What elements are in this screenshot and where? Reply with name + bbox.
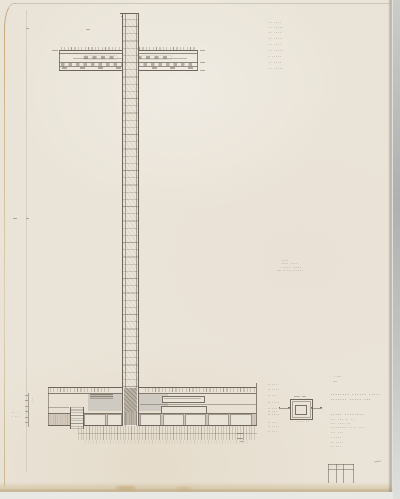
- revision-table-vline: [353, 464, 354, 483]
- level-label: – ···: [268, 394, 277, 397]
- revision-table-headerline: [328, 469, 354, 470]
- roof-end-cap-left: [59, 50, 60, 70]
- plan-dim-arrow: [311, 407, 312, 408]
- revision-table-vline: [343, 464, 344, 483]
- revision-table-header: ·: [330, 465, 332, 468]
- plan-caption: ···· ··: [296, 420, 309, 423]
- level-label: – ····: [268, 388, 279, 391]
- register-mark: [13, 218, 17, 219]
- register-mark: [26, 28, 29, 29]
- scale-bar-line: [28, 393, 29, 428]
- roof-leader-right-3: [200, 70, 205, 71]
- roof-end-cap-right: [197, 50, 198, 70]
- scanner-strip-right: [393, 0, 400, 499]
- plan-top-mark: [294, 396, 300, 397]
- left-curl-edge: [4, 34, 5, 486]
- level-label: – ···: [268, 430, 277, 433]
- roof-leader-left: [52, 50, 58, 51]
- plan-flue-rect: [295, 405, 307, 415]
- scale-tick: [25, 417, 28, 418]
- revision-table-header: ··: [337, 465, 341, 468]
- plan-dim-arrow: [320, 407, 321, 408]
- elevation-annotation: ·· ····: [268, 31, 281, 34]
- elevation-annotation: ·· ····: [268, 21, 281, 24]
- foundation-stub-line: [48, 407, 69, 408]
- pencil-mark: [373, 461, 380, 463]
- titleblock-info-line: · ····: [330, 436, 341, 439]
- chimney-brick-courses: [123, 19, 138, 389]
- sheet-top-edge: [14, 3, 390, 4]
- drawing-ref: ––: [333, 380, 337, 383]
- titleblock-info-line: ··· ···: [330, 431, 343, 434]
- scale-tick: [25, 406, 28, 407]
- titleblock-info-line: ········· ···· ····: [330, 426, 365, 429]
- leader-dash: [240, 441, 244, 442]
- floor-end-line-left: [48, 387, 49, 425]
- level-label: – ···: [268, 383, 277, 386]
- roof-purlin-blocks-left: [84, 56, 117, 60]
- level-label: – ····: [268, 425, 279, 428]
- elevation-annotation: ·· ·····: [268, 67, 283, 70]
- floor-end-line-right: [256, 383, 257, 425]
- sheet-bottom-edge: [0, 482, 400, 492]
- titleblock-info-line: ·· ···: [330, 445, 341, 448]
- leader-dash: [237, 438, 243, 439]
- chimney-footing-fill: [124, 412, 137, 425]
- left-margin-note: · ··: [11, 415, 18, 418]
- ground-hatch-ragged: [85, 440, 250, 444]
- chimney-shaft: [122, 14, 139, 426]
- register-mark: [26, 218, 29, 219]
- leader-dash: [237, 433, 243, 434]
- elevation-annotation: ·· ·····: [268, 37, 283, 40]
- plan-dim-arrow: [288, 407, 289, 408]
- elevation-annotation: ·· ·····: [268, 26, 283, 29]
- hearth-beam-hatch: [90, 394, 113, 400]
- scale-tick: [25, 411, 28, 412]
- drawing-ref: · ––: [333, 375, 340, 378]
- register-mark: [86, 29, 90, 30]
- elevation-annotation: ·· ····: [268, 61, 281, 64]
- roof-leader-right-1: [200, 50, 205, 51]
- plan-top-mark: [302, 396, 306, 397]
- level-label: – ····: [268, 413, 279, 416]
- scanner-strip-bottom: [0, 492, 393, 499]
- drawing-title-line: ········ ······ ·····: [330, 393, 381, 397]
- level-label: – ····: [268, 401, 279, 404]
- note-line: –– ····· ·····: [277, 269, 303, 272]
- elevation-annotation: ·· ····: [268, 43, 281, 46]
- scale-tick: [25, 422, 28, 423]
- scanned-drawing-sheet: ··· ·· · · ·· ·· ···· ·· ····· ·· ···· ·…: [0, 0, 400, 499]
- floor-mid-line: [140, 404, 256, 405]
- left-curl-corner: [4, 3, 16, 37]
- plan-dim-arrow: [279, 407, 280, 408]
- scale-bar-text: ···: [30, 397, 33, 403]
- roof-leader-right-2: [200, 62, 205, 63]
- chimney-base-fill: [124, 388, 137, 412]
- elevation-annotation: ·· ·····: [268, 49, 283, 52]
- scale-tick: [25, 395, 28, 396]
- scale-tick: [25, 400, 28, 401]
- drawing-title-line: ······· ····· ···: [330, 398, 371, 402]
- beam-detail-box-1: [162, 396, 205, 403]
- revision-table-vline: [328, 464, 329, 483]
- elevation-annotation: · ·····: [268, 55, 281, 58]
